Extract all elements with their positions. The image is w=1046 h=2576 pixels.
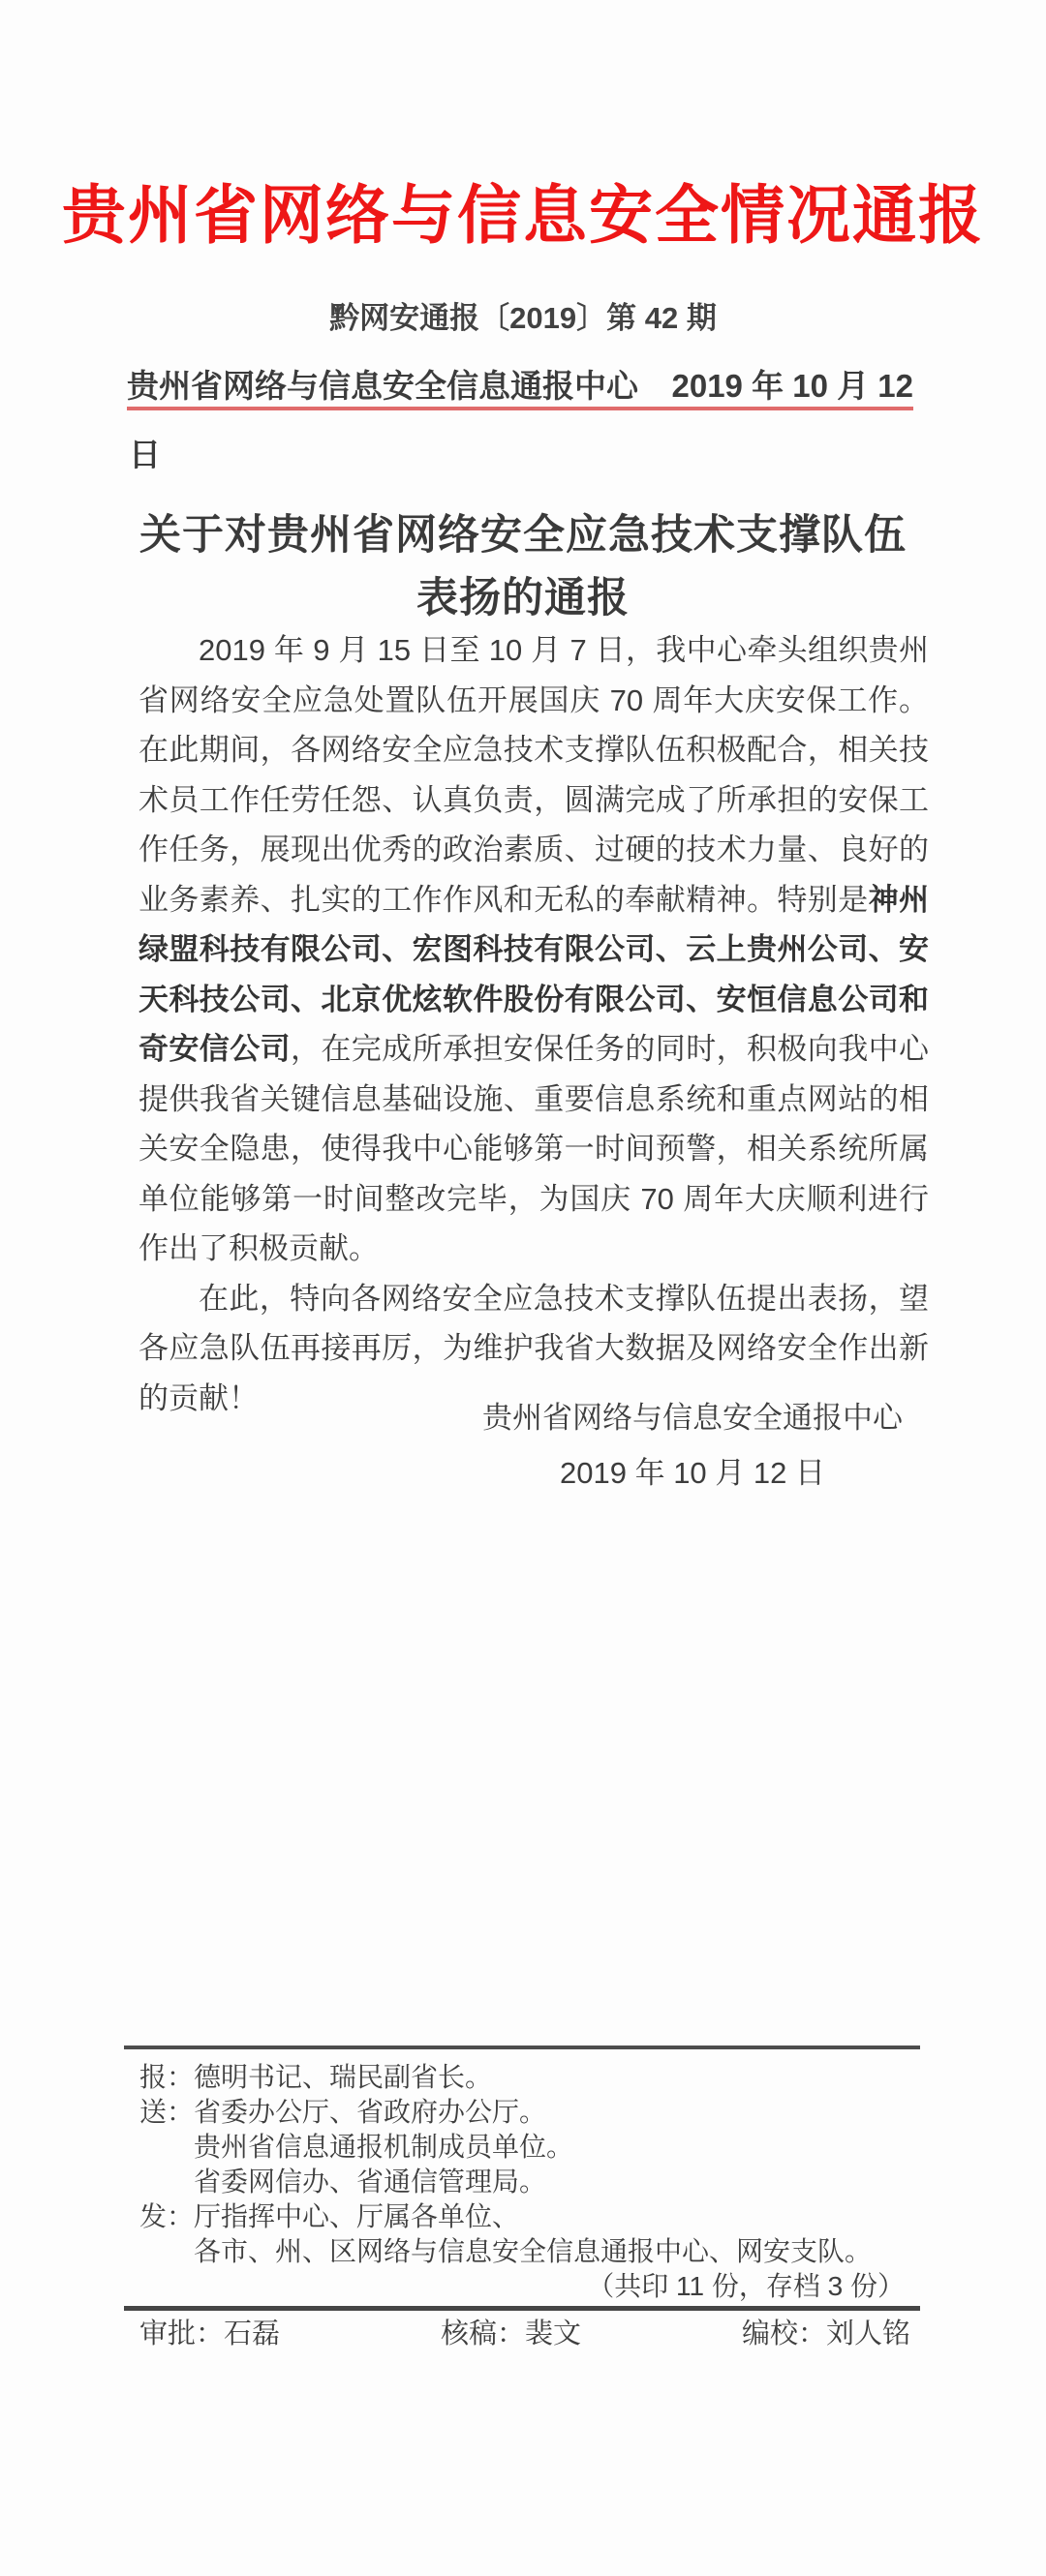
document-title: 关于对贵州省网络安全应急技术支撑队伍 表扬的通报 [0,504,1046,630]
issue-date-wrapped-char: 日 [129,436,161,474]
document-title-line2: 表扬的通报 [0,567,1046,630]
issue-to-row: 发： 厅指挥中心、厅属各单位、 各市、州、区网络与信息安全信息通报中心、网安支队… [139,2199,914,2269]
paragraph-1-lead: 2019 年 9 月 15 日至 10 月 7 日，我中心牵头组织贵州省网络安全… [138,633,929,917]
send-to-line: 贵州省信息通报机制成员单位。 [194,2130,914,2165]
document-body: 2019 年 9 月 15 日至 10 月 7 日，我中心牵头组织贵州省网络安全… [138,625,929,1423]
issuer-date-row: 贵州省网络与信息安全信息通报中心 2019 年 10 月 12 [127,366,913,407]
issuer-name: 贵州省网络与信息安全信息通报中心 [127,366,638,407]
reviewer-item: 核稿：裴文 [441,2316,581,2352]
issue-to-line: 各市、州、区网络与信息安全信息通报中心、网安支队。 [194,2234,914,2269]
issue-date-part: 2019 年 10 月 12 [672,366,914,407]
issue-to-content: 厅指挥中心、厅属各单位、 各市、州、区网络与信息安全信息通报中心、网安支队。 [194,2199,914,2269]
issue-to-line: 厅指挥中心、厅属各单位、 [194,2199,914,2234]
credits-row: 审批：石磊 核稿：裴文 编校：刘人铭 [139,2316,910,2352]
document-page: 贵州省网络与信息安全情况通报 黔网安通报〔2019〕第 42 期 贵州省网络与信… [0,0,1046,2576]
reviewer-name: 裴文 [525,2318,581,2349]
signature-date: 2019 年 10 月 12 日 [465,1445,920,1500]
issue-number: 黔网安通报〔2019〕第 42 期 [0,296,1046,341]
send-to-label: 送： [139,2095,194,2130]
approver-name: 石磊 [224,2318,280,2349]
editor-name: 刘人铭 [826,2318,910,2349]
reviewer-label: 核稿： [441,2318,525,2349]
send-to-content: 省委办公厅、省政府办公厅。 贵州省信息通报机制成员单位。 省委网信办、省通信管理… [194,2095,914,2199]
approver-label: 审批： [139,2318,224,2349]
footer-bottom-rule [124,2306,920,2311]
signature-org: 贵州省网络与信息安全通报中心 [465,1390,920,1445]
approver-item: 审批：石磊 [139,2316,280,2352]
editor-label: 编校： [742,2318,826,2349]
paragraph-1-tail: ，在完成所承担安保任务的同时，积极向我中心提供我省关键信息基础设施、重要信息系统… [138,1032,929,1265]
report-to-row: 报： 德明书记、瑞民副省长。 [139,2060,914,2095]
send-to-line: 省委办公厅、省政府办公厅。 [194,2095,914,2130]
report-to-label: 报： [139,2060,194,2095]
signature-block: 贵州省网络与信息安全通报中心 2019 年 10 月 12 日 [465,1390,920,1500]
print-copies-note: （共印 11 份，存档 3 份） [139,2269,914,2304]
paragraph-1: 2019 年 9 月 15 日至 10 月 7 日，我中心牵头组织贵州省网络安全… [138,625,929,1274]
red-divider-rule [127,407,913,410]
send-to-row: 送： 省委办公厅、省政府办公厅。 贵州省信息通报机制成员单位。 省委网信办、省通… [139,2095,914,2199]
masthead-title: 贵州省网络与信息安全情况通报 [0,172,1046,258]
distribution-block: 报： 德明书记、瑞民副省长。 送： 省委办公厅、省政府办公厅。 贵州省信息通报机… [139,2060,914,2304]
issue-to-label: 发： [139,2199,194,2234]
document-title-line1: 关于对贵州省网络安全应急技术支撑队伍 [0,504,1046,567]
send-to-line: 省委网信办、省通信管理局。 [194,2165,914,2199]
footer-top-rule [124,2046,920,2049]
report-to-content: 德明书记、瑞民副省长。 [194,2060,914,2095]
editor-item: 编校：刘人铭 [742,2316,910,2352]
